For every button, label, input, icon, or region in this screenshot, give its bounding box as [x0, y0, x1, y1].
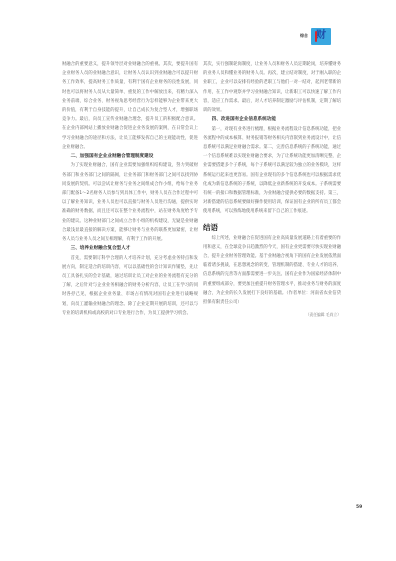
logo-red-arc	[315, 31, 317, 42]
editor-note: （责任编辑 毛尚立）	[203, 310, 341, 319]
paragraph: 为了实现业财融合，国有企业需要加强组织结构建设，努力突破财务部门和业务部门之间的…	[62, 161, 198, 244]
left-column: 财融合的重要意义，提升领导层对业财融合的重视。其次，要提升国有企业财务人员的业财…	[62, 60, 198, 318]
section-heading-3: 三、培养业财融合复合型人才	[62, 244, 198, 253]
conclusion-heading: 结语	[203, 223, 341, 233]
magazine-header: 综合 财	[300, 26, 331, 46]
section-heading-4: 四、改进国有企业信息系统功能	[203, 115, 341, 124]
paragraph: 其次，实行强制轮岗制度，让业务人员和财务人员定期轮岗，培养懂财务的业务人员和懂业…	[203, 60, 341, 115]
section-heading-2: 二、加强国有企业业财融合管理制度建设	[62, 152, 198, 161]
right-column: 其次，实行强制轮岗制度，让业务人员和财务人员定期轮岗，培养懂财务的业务人员和懂业…	[203, 60, 341, 319]
paragraph: 首先，需要制订科学合理的人才培养计划，充分考虑业务特点和发展方向，制定适合的培训…	[62, 254, 198, 318]
paragraph: 第一，对现有业务进行梳理，根据业务流程设计信息系统功能，把业务流程中的成本核算、…	[203, 125, 341, 217]
section-tag: 综合	[300, 33, 308, 39]
paragraph: 财融合的重要意义，提升领导层对业财融合的重视。其次，要提升国有企业财务人员的业财…	[62, 60, 198, 152]
magazine-logo-icon: 财	[311, 28, 331, 45]
logo-text: 财	[316, 31, 326, 41]
page-number: 59	[356, 505, 362, 510]
paragraph: 综上所述，业财融合在促进国有企业高质量发展道路上有着重要的作用和意义，在全球竞争…	[203, 234, 341, 308]
